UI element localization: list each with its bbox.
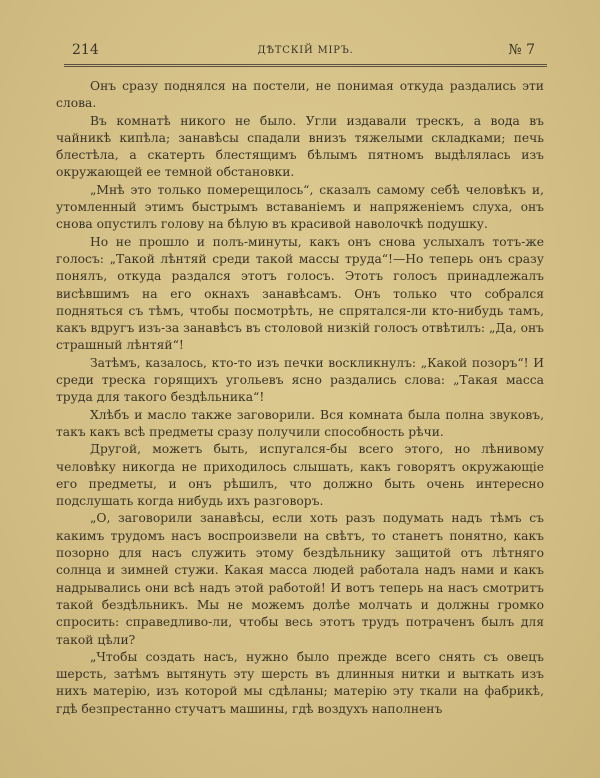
- paragraph: Онъ сразу поднялся на постели, не понима…: [56, 78, 544, 113]
- issue-number: № 7: [508, 42, 535, 58]
- paragraph: Другой, можетъ быть, испугался-бы всего …: [56, 441, 544, 510]
- paragraph: „О, заговорили занавѣсы, если хоть разъ …: [56, 510, 544, 648]
- page-header: 214 ДѢТСКІЙ МІРЪ. № 7: [64, 42, 547, 67]
- page-body: Онъ сразу поднялся на постели, не понима…: [56, 78, 544, 718]
- paragraph: Но не прошло и полъ-минуты, какъ онъ сно…: [56, 234, 544, 355]
- paragraph: Хлѣбъ и масло также заговорили. Вся комн…: [56, 407, 544, 442]
- paragraph: „Чтобы создать насъ, нужно было прежде в…: [56, 649, 544, 718]
- paragraph: „Мнѣ это только померещилось“, сказалъ с…: [56, 182, 544, 234]
- paragraph: Затѣмъ, казалось, кто-то изъ печки воскл…: [56, 355, 544, 407]
- journal-title: ДѢТСКІЙ МІРЪ.: [64, 45, 547, 56]
- paragraph: Въ комнатѣ никого не было. Угли издавали…: [56, 113, 544, 182]
